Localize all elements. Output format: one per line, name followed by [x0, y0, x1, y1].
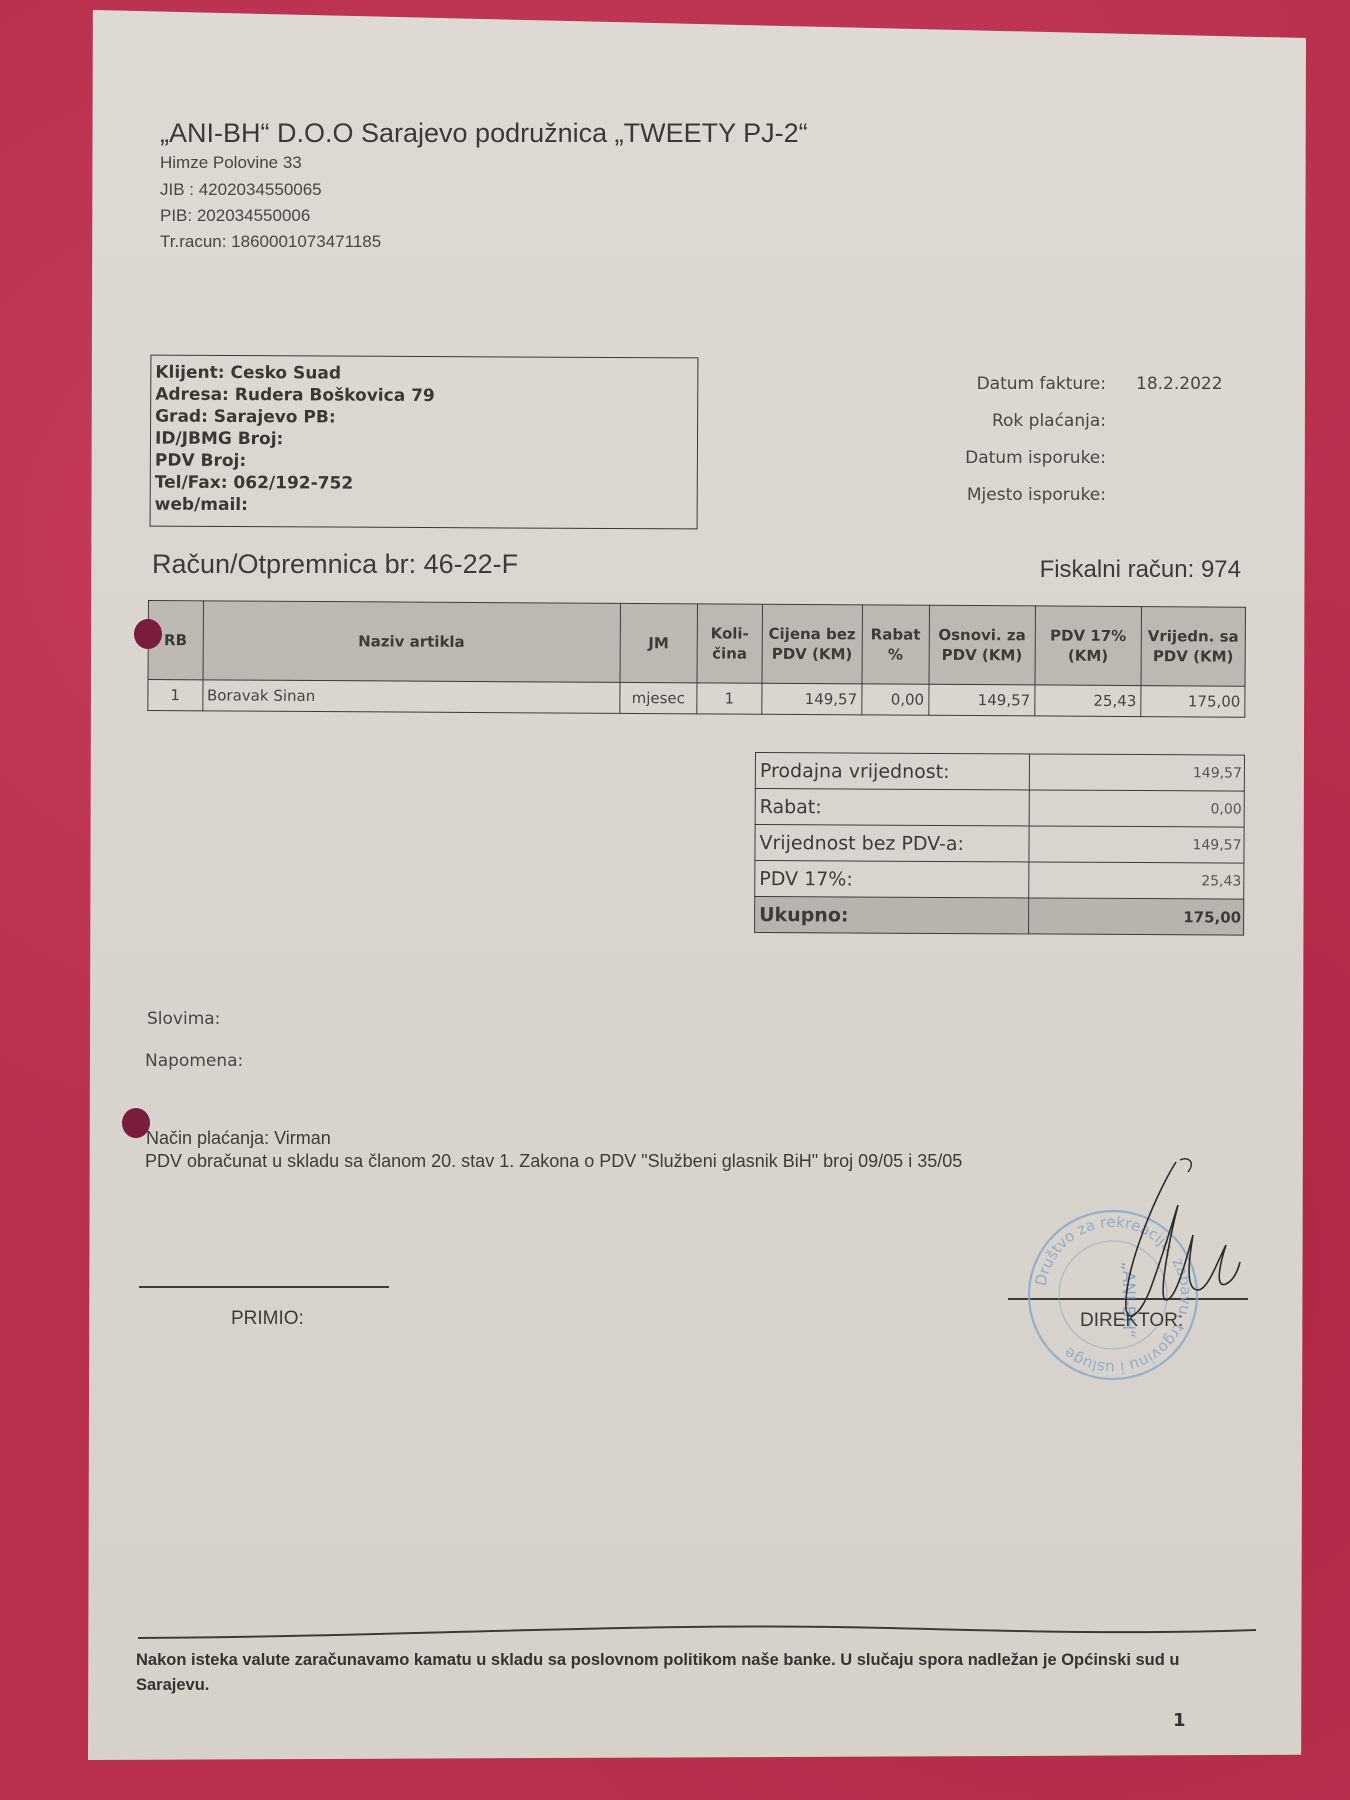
cell-discount: 0,00 — [862, 684, 929, 715]
company-pib: PIB: 202034550006 — [160, 206, 310, 226]
client-phone: Tel/Fax: 062/192-752 — [155, 472, 693, 497]
fiscal-receipt-number: Fiskalni račun: 974 — [1040, 556, 1241, 584]
cell-rb: 1 — [148, 680, 203, 711]
cell-unit: mjesec — [620, 682, 697, 713]
totals-row-value-excl-vat: Vrijednost bez PDV-a: 149,57 — [755, 825, 1244, 864]
client-city: Grad: Sarajevo PB: — [155, 406, 693, 431]
cell-total: 175,00 — [1141, 686, 1245, 718]
company-account: Tr.racun: 1860001073471185 — [160, 232, 381, 252]
totals-row-sales-value: Prodajna vrijednost: 149,57 — [755, 753, 1244, 792]
client-vat-number: PDV Broj: — [155, 450, 693, 475]
totals-row-vat: PDV 17%: 25,43 — [755, 861, 1244, 900]
signature-icon — [1088, 1150, 1268, 1350]
col-discount: Rabat % — [862, 605, 929, 684]
invoice-meta: Datum fakture: 18.2.2022 Rok plaćanja: D… — [936, 374, 1236, 522]
company-name: „ANI-BH“ D.O.O Sarajevo podružnica „TWEE… — [160, 118, 808, 149]
col-item-name: Naziv artikla — [203, 601, 621, 683]
footer-legal-text: Nakon isteka valute zaračunavamo kamatu … — [136, 1648, 1256, 1698]
col-quantity: Koli- čina — [697, 604, 762, 683]
remark-label: Napomena: — [145, 1051, 243, 1071]
client-web-mail: web/mail: — [155, 494, 693, 519]
col-vat-base: Osnovi. za PDV (KM) — [929, 605, 1036, 685]
cell-price: 149,57 — [762, 683, 862, 715]
hole-punch — [122, 1108, 150, 1138]
meta-delivery-date: Datum isporuke: — [936, 448, 1236, 485]
footer-divider — [138, 1620, 1256, 1644]
company-address: Himze Polovine 33 — [160, 153, 302, 173]
page-number: 1 — [1173, 1710, 1186, 1731]
client-name: Klijent: Cesko Suad — [155, 362, 693, 387]
meta-payment-due: Rok plaćanja: — [936, 411, 1236, 448]
client-id: ID/JBMG Broj: — [155, 428, 693, 453]
hole-punch — [134, 619, 162, 649]
cell-quantity: 1 — [697, 683, 762, 714]
totals-row-discount: Rabat: 0,00 — [755, 789, 1244, 828]
cell-item-name: Boravak Sinan — [202, 680, 619, 714]
cell-vat-amount: 25,43 — [1035, 685, 1141, 717]
amount-in-words-label: Slovima: — [147, 1009, 220, 1029]
table-row: 1 Boravak Sinan mjesec 1 149,57 0,00 149… — [148, 680, 1245, 718]
meta-invoice-date: Datum fakture: 18.2.2022 — [936, 374, 1236, 411]
meta-delivery-place: Mjesto isporuke: — [936, 485, 1236, 522]
invoice-number: Račun/Otpremnica br: 46-22-F — [152, 549, 518, 580]
col-unit: JM — [620, 603, 698, 682]
received-label: PRIMIO: — [231, 1308, 304, 1330]
totals-table: Prodajna vrijednost: 149,57 Rabat: 0,00 … — [754, 752, 1245, 936]
cell-vat-base: 149,57 — [929, 684, 1035, 716]
company-jib: JIB : 4202034550065 — [160, 180, 322, 200]
payment-method: Način plaćanja: Virman — [146, 1128, 331, 1149]
items-table-header: RB Naziv artikla JM Koli- čina Cijena be… — [148, 601, 1245, 687]
vat-legal-clause: PDV obračunat u skladu sa članom 20. sta… — [145, 1151, 962, 1172]
col-vat-amount: PDV 17% (KM) — [1035, 606, 1142, 686]
client-info-box: Klijent: Cesko Suad Adresa: Rudera Boško… — [150, 355, 699, 530]
totals-row-grand-total: Ukupno: 175,00 — [755, 897, 1244, 936]
received-signature-line — [139, 1286, 389, 1288]
items-table: RB Naziv artikla JM Koli- čina Cijena be… — [147, 600, 1246, 718]
col-price-excl-vat: Cijena bez PDV (KM) — [762, 604, 862, 684]
invoice-page: „ANI-BH“ D.O.O Sarajevo podružnica „TWEE… — [88, 10, 1306, 1760]
client-address: Adresa: Rudera Boškovica 79 — [155, 384, 693, 409]
col-value-incl-vat: Vrijedn. sa PDV (KM) — [1141, 607, 1246, 687]
